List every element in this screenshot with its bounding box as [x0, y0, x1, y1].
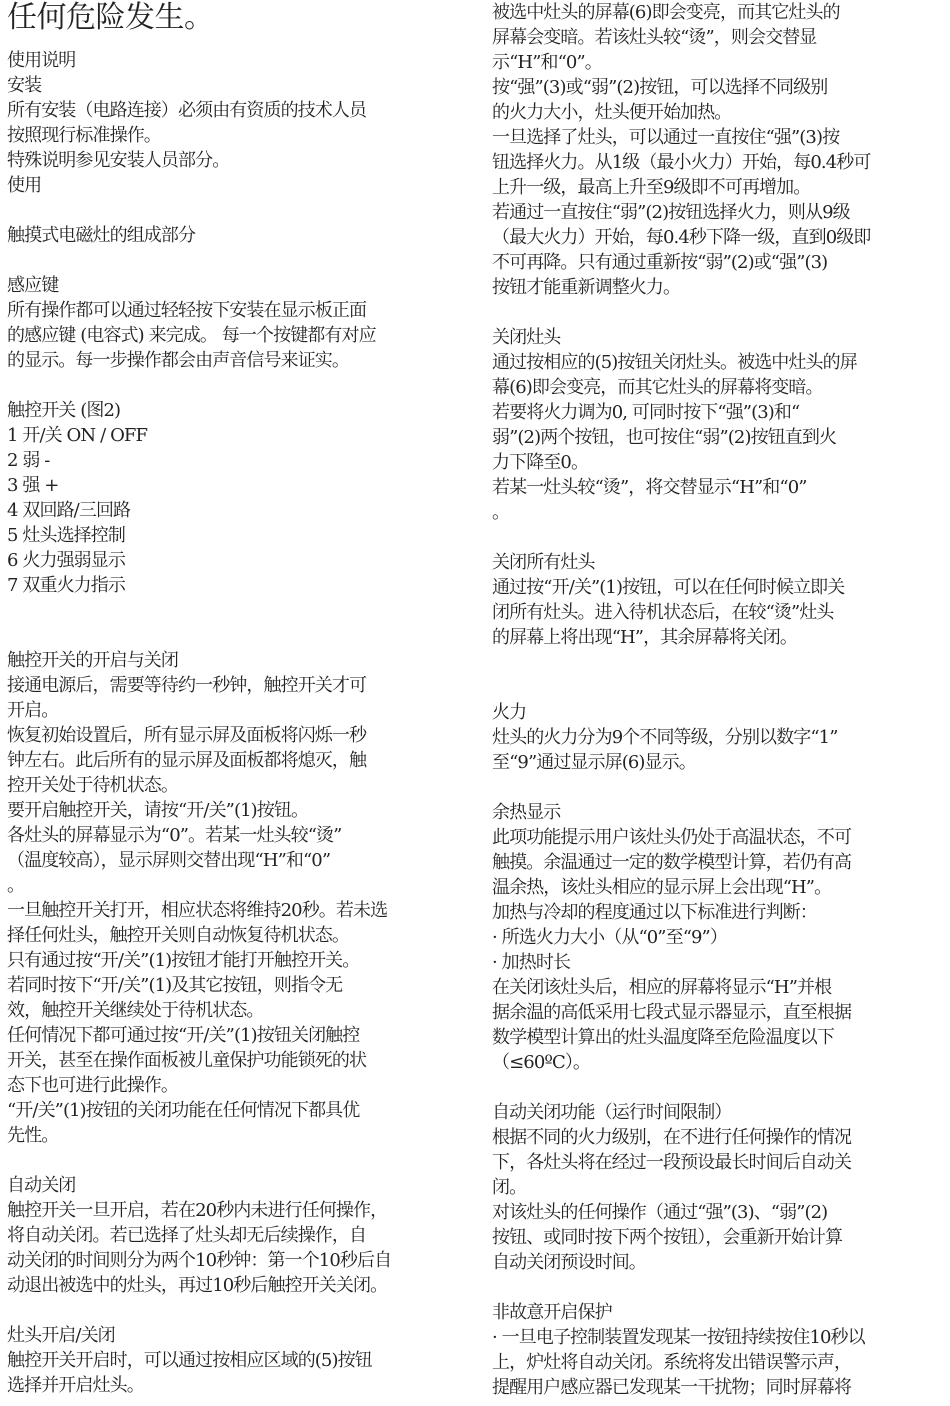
auto-off-body-line: 触控开关一旦开启，若在20秒内未进行任何操作，: [7, 1198, 472, 1223]
on-off-body-line: （温度较高），显示屏则交替出现“H”和“0”: [7, 848, 472, 873]
on-off-body-line: 开启。: [7, 698, 472, 723]
continued-body-line: 按“强”(3)或“弱”(2)按钮，可以选择不同级别: [492, 75, 947, 100]
on-off-body-line: 一旦触控开关打开，相应状态将维持20秒。若未选: [7, 898, 472, 923]
auto-off-func-heading: 自动关闭功能（运行时间限制）: [492, 1100, 947, 1125]
continued-body-line: （最大火力）开始，每0.4秒下降一级，直到0级即: [492, 225, 947, 250]
auto-off-body-line: 动退出被选中的灶头，再过10秒后触控开关关闭。: [7, 1273, 472, 1298]
residual-heat-heading: 余热显示: [492, 800, 947, 825]
burner-on-off-body-line: 触控开关开启时，可以通过按相应区域的(5)按钮: [7, 1348, 472, 1373]
sensor-body-line: 的感应键 (电容式) 来完成。 每一个按键都有对应: [7, 323, 472, 348]
auto-off-heading: 自动关闭: [7, 1173, 472, 1198]
all-off-body-line: 通过按“开/关”(1)按钮，可以在任何时候立即关: [492, 575, 947, 600]
on-off-body-line: 钟左右。此后所有的显示屏及面板都将熄灭，触: [7, 748, 472, 773]
residual-heat-body-line: · 加热时长: [492, 950, 947, 975]
burner-off-body-line: 若要将火力调为0, 可同时按下“强”(3)和“: [492, 400, 947, 425]
on-off-body-line: 控开关处于待机状态。: [7, 773, 472, 798]
touch-switch-item: 7 双重火力指示: [7, 573, 472, 598]
protection-heading: 非故意开启保护: [492, 1300, 947, 1325]
residual-heat-body-line: 触摸。余温通过一定的数学模型计算，若仍有高: [492, 850, 947, 875]
on-off-body-line: 若同时按下“开/关”(1)及其它按钮，则指令无: [7, 973, 472, 998]
sensor-body-line: 所有操作都可以通过轻轻按下安装在显示板正面: [7, 298, 472, 323]
on-off-body-line: 只有通过按“开/关”(1)按钮才能打开触控开关。: [7, 948, 472, 973]
power-body-line: 至“9”通过显示屏(6)显示。: [492, 750, 947, 775]
continued-body-line: 不可再降。只有通过重新按“弱”(2)或“强”(3): [492, 250, 947, 275]
burner-off-body-line: 。: [492, 500, 947, 525]
burner-off-body-line: 弱”(2)两个按钮，也可按住“弱”(2)按钮直到火: [492, 425, 947, 450]
residual-heat-body-line: 数学模型计算出的灶头温度降至危险温度以下: [492, 1025, 947, 1050]
auto-off-func-body-line: 下，各灶头将在经过一段预设最长时间后自动关: [492, 1150, 947, 1175]
left-column: 任何危险发生。 使用说明 安装 所有安装（电路连接）必须由有资质的技术人员 按照…: [7, 0, 472, 1398]
on-off-body-line: 各灶头的屏幕显示为“0”。若某一灶头较“烫”: [7, 823, 472, 848]
burner-off-body-line: 力下降至0。: [492, 450, 947, 475]
burner-on-off-heading: 灶头开启/关闭: [7, 1323, 472, 1348]
continued-body-line: 示“H”和“0”。: [492, 50, 947, 75]
continued-body-line: 被选中灶头的屏幕(6)即会变亮，而其它灶头的: [492, 0, 947, 25]
intro-line: 特殊说明参见安装人员部分。: [7, 148, 472, 173]
touch-switch-item: 4 双回路/三回路: [7, 498, 472, 523]
protection-body-line: · 一旦电子控制装置发现某一按钮持续按住10秒以: [492, 1325, 947, 1350]
intro-line: 安装: [7, 73, 472, 98]
burner-off-body-line: 若某一灶头较“烫”，将交替显示“H”和“0”: [492, 475, 947, 500]
residual-heat-body-line: · 所选火力大小（从“0”至“9”）: [492, 925, 947, 950]
continued-body-line: 若通过一直按住“弱”(2)按钮选择火力，则从9级: [492, 200, 947, 225]
auto-off-func-body-line: 自动关闭预设时间。: [492, 1250, 947, 1275]
on-off-body-line: “开/关”(1)按钮的关闭功能在任何情况下都具优: [7, 1098, 472, 1123]
continued-body-line: 按钮才能重新调整火力。: [492, 275, 947, 300]
on-off-body-line: 效，触控开关继续处于待机状态。: [7, 998, 472, 1023]
touch-switch-item: 6 火力强弱显示: [7, 548, 472, 573]
intro-line: 使用说明: [7, 48, 472, 73]
residual-heat-body-line: 此项功能提示用户该灶头仍处于高温状态，不可: [492, 825, 947, 850]
on-off-body-line: 择任何灶头，触控开关则自动恢复待机状态。: [7, 923, 472, 948]
touch-switch-item: 1 开/关 ON / OFF: [7, 423, 472, 448]
on-off-body-line: 接通电源后，需要等待约一秒钟，触控开关才可: [7, 673, 472, 698]
touch-switch-item: 2 弱 -: [7, 448, 472, 473]
on-off-body-line: 任何情况下都可通过按“开/关”(1)按钮关闭触控: [7, 1023, 472, 1048]
title-fragment: 任何危险发生。: [7, 0, 472, 36]
protection-body-line: 上，炉灶将自动关闭。系统将发出错误警示声，: [492, 1350, 947, 1375]
intro-line: 按照现行标准操作。: [7, 123, 472, 148]
residual-heat-body-line: 温余热，该灶头相应的显示屏上会出现“H”。: [492, 875, 947, 900]
power-heading: 火力: [492, 700, 947, 725]
residual-heat-body-line: （≤60ºC）。: [492, 1050, 947, 1075]
on-off-body-line: 开关，甚至在操作面板被儿童保护功能锁死的状: [7, 1048, 472, 1073]
auto-off-body-line: 将自动关闭。若已选择了灶头却无后续操作，自: [7, 1223, 472, 1248]
right-column: 被选中灶头的屏幕(6)即会变亮，而其它灶头的 屏幕会变暗。若该灶头较“烫”，则会…: [492, 0, 947, 1400]
intro-line: 所有安装（电路连接）必须由有资质的技术人员: [7, 98, 472, 123]
sensor-body-line: 的显示。每一步操作都会由声音信号来证实。: [7, 348, 472, 373]
residual-heat-body-line: 据余温的高低采用七段式显示器显示，直至根据: [492, 1000, 947, 1025]
continued-body-line: 上升一级，最高上升至9级即不可再增加。: [492, 175, 947, 200]
touch-switch-item: 3 强 +: [7, 473, 472, 498]
on-off-body-line: 要开启触控开关，请按“开/关”(1)按钮。: [7, 798, 472, 823]
burner-off-heading: 关闭灶头: [492, 325, 947, 350]
sensor-heading: 感应键: [7, 273, 472, 298]
auto-off-func-body-line: 闭。: [492, 1175, 947, 1200]
on-off-body-line: 。: [7, 873, 472, 898]
touch-switch-heading: 触控开关 (图2): [7, 398, 472, 423]
continued-body-line: 钮选择火力。从1级（最小火力）开始，每0.4秒可: [492, 150, 947, 175]
burner-off-body-line: 通过按相应的(5)按钮关闭灶头。被选中灶头的屏: [492, 350, 947, 375]
auto-off-func-body-line: 对该灶头的任何操作（通过“强”(3)、“弱”(2): [492, 1200, 947, 1225]
continued-body-line: 一旦选择了灶头，可以通过一直按住“强”(3)按: [492, 125, 947, 150]
on-off-body-line: 恢复初始设置后，所有显示屏及面板将闪烁一秒: [7, 723, 472, 748]
all-off-heading: 关闭所有灶头: [492, 550, 947, 575]
burner-on-off-body-line: 选择并开启灶头。: [7, 1373, 472, 1398]
residual-heat-body-line: 加热与冷却的程度通过以下标准进行判断：: [492, 900, 947, 925]
auto-off-func-body-line: 根据不同的火力级别，在不进行任何操作的情况: [492, 1125, 947, 1150]
all-off-body-line: 的屏幕上将出现“H”，其余屏幕将关闭。: [492, 625, 947, 650]
intro-line: 使用: [7, 173, 472, 198]
components-heading: 触摸式电磁灶的组成部分: [7, 223, 472, 248]
on-off-body-line: 先性。: [7, 1123, 472, 1148]
burner-off-body-line: 幕(6)即会变亮，而其它灶头的屏幕将变暗。: [492, 375, 947, 400]
on-off-body-line: 态下也可进行此操作。: [7, 1073, 472, 1098]
touch-switch-item: 5 灶头选择控制: [7, 523, 472, 548]
continued-body-line: 屏幕会变暗。若该灶头较“烫”，则会交替显: [492, 25, 947, 50]
auto-off-body-line: 动关闭的时间则分为两个10秒钟：第一个10秒后自: [7, 1248, 472, 1273]
power-body-line: 灶头的火力分为9个不同等级，分别以数字“1”: [492, 725, 947, 750]
residual-heat-body-line: 在关闭该灶头后，相应的屏幕将显示“H”并根: [492, 975, 947, 1000]
on-off-heading: 触控开关的开启与关闭: [7, 648, 472, 673]
protection-body-line: 提醒用户感应器已发现某一干扰物；同时屏幕将: [492, 1375, 947, 1400]
all-off-body-line: 闭所有灶头。进入待机状态后，在较“烫”灶头: [492, 600, 947, 625]
auto-off-func-body-line: 按钮、或同时按下两个按钮），会重新开始计算: [492, 1225, 947, 1250]
continued-body-line: 的火力大小，灶头便开始加热。: [492, 100, 947, 125]
